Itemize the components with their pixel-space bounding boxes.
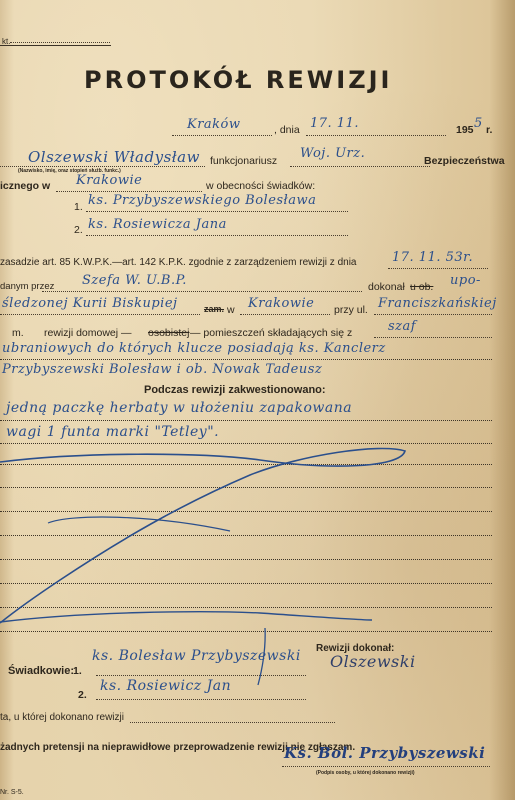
witness-top-1-field: ks. Przybyszewskiego Bolesława xyxy=(88,193,316,208)
witness-sig-2: ks. Rosiewicz Jan xyxy=(100,678,231,694)
role-field-line xyxy=(290,166,430,167)
issued-by-line xyxy=(42,291,362,292)
person-signature-caption: (Podpis osoby, u której dokonano rewizji… xyxy=(316,770,415,776)
blank-line-4 xyxy=(0,535,492,536)
in-city-line xyxy=(240,314,330,315)
target-field: śledzonej Kurii Biskupiej xyxy=(2,296,178,311)
performed-field: upo- xyxy=(450,273,481,288)
person-line xyxy=(130,722,335,723)
blank-line-7 xyxy=(0,607,492,608)
witness-top-1-line xyxy=(86,211,348,212)
rooms-field-2: ubraniowych do których klucze posiadają … xyxy=(2,341,386,356)
blank-line-8 xyxy=(0,631,492,632)
witness-top-2-num: 2. xyxy=(74,224,83,236)
date-field-line xyxy=(306,135,446,136)
date-field: 17. 11. xyxy=(310,116,359,131)
person-label: ta, u której dokonano rewizji xyxy=(0,712,124,723)
witness-sig-1: ks. Bolesław Przybyszewski xyxy=(92,648,301,664)
agency-label: Bezpieczeństwa xyxy=(424,155,505,167)
corner-field-line xyxy=(10,42,110,43)
street-field: Franciszkańskiej xyxy=(378,296,497,311)
rooms-field-1: szaf xyxy=(388,319,416,334)
issued-by-field: Szefa W. U.B.P. xyxy=(82,273,187,288)
legal-basis-text: zasadzie art. 85 K.W.P.K.—art. 142 K.P.K… xyxy=(0,257,356,268)
witnesses-signatures-label: Świadkowie: xyxy=(8,665,74,677)
rooms-line-1 xyxy=(374,337,492,338)
role-label: funkcjonariusz xyxy=(210,155,277,167)
city-field: Krakowie xyxy=(76,173,142,188)
rooms-field-3: Przybyszewski Bolesław i ob. Nowak Tadeu… xyxy=(2,362,322,377)
search-type-a: rewizji domowej — xyxy=(44,327,132,339)
year-prefix: 195 xyxy=(456,124,474,136)
blank-line-3 xyxy=(0,511,492,512)
performed-label: dokonał xyxy=(368,281,405,293)
document-title: PROTOKÓŁ REWIZJI xyxy=(84,66,392,94)
witness-sig-2-num: 2. xyxy=(78,689,87,701)
seized-line-2 xyxy=(0,443,492,444)
officer-name-field: Olszewski Władysław xyxy=(28,148,200,166)
performed-struck: u ob. xyxy=(410,281,433,293)
street-line xyxy=(374,314,492,315)
seized-item-1: jedną paczkę herbaty w ułożeniu zapakowa… xyxy=(6,400,352,416)
basis-date-field: 17. 11. 53r. xyxy=(392,250,473,265)
seized-heading: Podczas rewizji zakwestionowano: xyxy=(144,384,326,396)
witness-sig-2-line xyxy=(96,699,306,700)
search-type-struck: osobistej xyxy=(148,327,189,339)
blank-line-5 xyxy=(0,559,492,560)
blank-line-1 xyxy=(0,464,492,465)
person-signature-line xyxy=(282,766,490,767)
performed-by-signature: Olszewski xyxy=(330,652,416,671)
officer-field-line xyxy=(0,166,205,167)
place-field-line xyxy=(172,135,272,136)
witness-sig-1-line xyxy=(96,675,306,676)
seized-item-2: wagi 1 funta marki "Tetley". xyxy=(6,424,219,440)
seized-line-1 xyxy=(0,420,492,421)
m-label: m. xyxy=(12,327,24,339)
basis-date-line xyxy=(388,268,488,269)
year-field: 5 xyxy=(474,116,483,131)
witness-sig-1-num: 1. xyxy=(73,665,82,677)
street-label: przy ul. xyxy=(334,304,368,316)
witness-top-2-line xyxy=(86,235,348,236)
blank-line-6 xyxy=(0,583,492,584)
in-label: w xyxy=(227,304,235,316)
city-field-line xyxy=(56,191,202,192)
person-signature: Ks. Bol. Przybyszewski xyxy=(284,744,485,762)
role-field: Woj. Urz. xyxy=(300,146,365,161)
witness-top-2-field: ks. Rosiewicza Jana xyxy=(88,217,227,232)
agency-line-prefix: icznego w xyxy=(0,180,50,192)
year-suffix: r. xyxy=(486,124,492,136)
zam-struck: zam. xyxy=(204,304,224,314)
corner-rule xyxy=(0,45,111,46)
target-line xyxy=(0,314,200,315)
place-field: Kraków xyxy=(187,117,241,132)
search-type-b: — pomieszczeń składających się z xyxy=(190,327,352,339)
date-label: , dnia xyxy=(274,124,300,136)
rooms-line-2 xyxy=(0,359,492,360)
blank-line-2 xyxy=(0,487,492,488)
witnesses-label: w obecności świadków: xyxy=(206,180,315,192)
in-city-field: Krakowie xyxy=(248,296,314,311)
witness-top-1-num: 1. xyxy=(74,201,83,213)
form-number: Nr. S-5. xyxy=(0,789,24,796)
